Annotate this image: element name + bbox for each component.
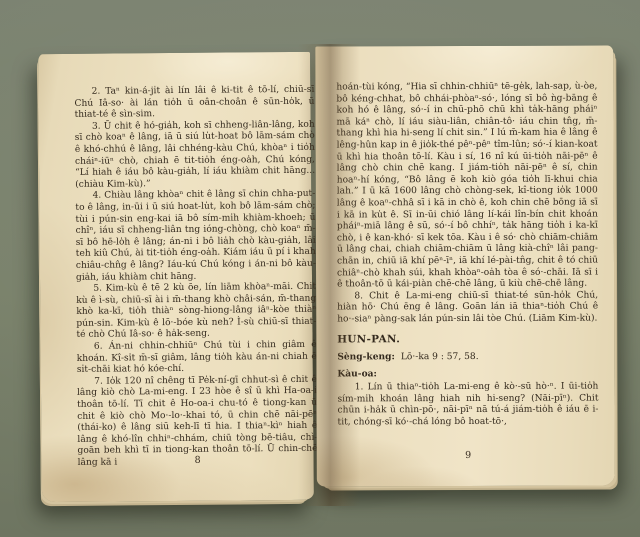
paragraph-6: 6. Án-ni chhin-chhiūⁿ Chú tùi i chin giâ… xyxy=(77,340,317,377)
paragraph-3: 3. Ū chit ê hó-gia̍h, koh sī chheng-liân… xyxy=(75,120,316,192)
paragraph-8: 8. Chit ê La-mi-eng chiū-sī thiat-té sūn… xyxy=(337,290,598,326)
left-page: 2. Taⁿ kin-á-ji̍t ài lín lâi ê ki-tit ê … xyxy=(38,52,314,502)
scripture-label: Sèng-keng: xyxy=(337,351,395,362)
continuation-paragraph: hoán-tùi kóng, “Hia sī chhin-chhiūⁿ tē-g… xyxy=(336,82,598,292)
paragraph-5: 5. Kim-kù ê tē 2 kù ōe, lín liām khòaⁿ-m… xyxy=(76,282,316,342)
section-heading-hun-pan: HUN-PAN. xyxy=(337,334,598,347)
left-page-number: 8 xyxy=(78,454,318,468)
paragraph-4: 4. Chiàu lâng khòaⁿ chit ê lâng sī chin … xyxy=(75,189,316,284)
paragraph-2: 2. Taⁿ kin-á-ji̍t ài lín lâi ê ki-tit ê … xyxy=(74,85,314,122)
right-page-number: 9 xyxy=(338,450,599,463)
open-book: 2. Taⁿ kin-á-ji̍t ài lín lâi ê ki-tit ê … xyxy=(36,44,626,506)
right-page: hoán-tùi kóng, “Hia sī chhin-chhiūⁿ tē-g… xyxy=(315,45,615,486)
left-page-text: 2. Taⁿ kin-á-ji̍t ài lín lâi ê ki-tit ê … xyxy=(74,85,317,470)
photo-background: 2. Taⁿ kin-á-ji̍t ài lín lâi ê ki-tit ê … xyxy=(0,0,640,537)
scripture-reference: Sèng-keng:Lō·-ka 9 : 57, 58. xyxy=(337,351,598,365)
right-page-text: hoán-tùi kóng, “Hia sī chhin-chhiūⁿ tē-g… xyxy=(336,82,598,430)
questions-label: Kàu-oa: xyxy=(337,367,598,380)
scripture-ref-text: Lō·-ka 9 : 57, 58. xyxy=(395,352,479,362)
question-1: 1. Lín ū thiaⁿ-tio̍h La-mi-eng ê kò·-sū … xyxy=(337,382,598,429)
